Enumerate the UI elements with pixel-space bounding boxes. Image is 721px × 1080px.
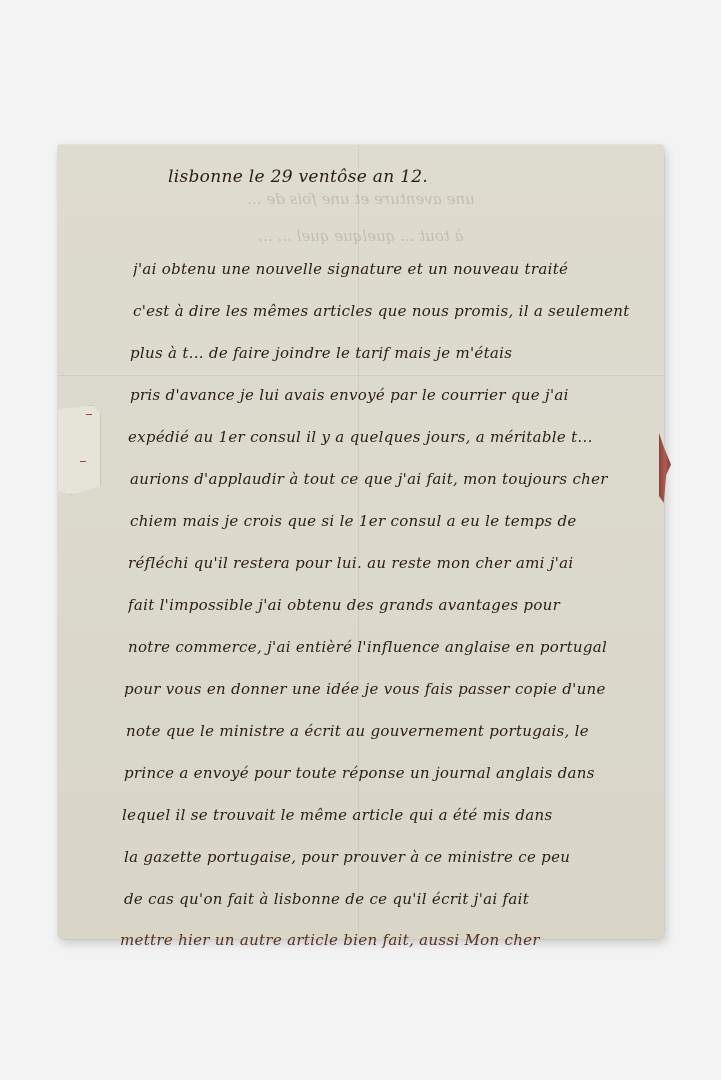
letter-sheet: une aventure et une fois de ... à tout .… (58, 145, 664, 939)
letter-line: chiem mais je crois que si le 1er consul… (130, 512, 644, 530)
letter-line: expédié au 1er consul il y a quelques jo… (128, 428, 644, 446)
letter-line: c'est à dire les mêmes articles que nous… (133, 302, 644, 320)
red-ink-mark (86, 414, 92, 415)
letter-header-date: lisbonne le 29 ventôse an 12. (168, 167, 644, 187)
letter-line: la gazette portugaise, pour prouver à ce… (124, 848, 644, 866)
letter-line: pris d'avance je lui avais envoyé par le… (130, 386, 644, 404)
wax-seal-fragment (659, 433, 671, 503)
letter-line: mettre hier un autre article bien fait, … (120, 931, 644, 949)
letter-line: lequel il se trouvait le même article qu… (122, 806, 644, 824)
letter-line: j'ai obtenu une nouvelle signature et un… (133, 260, 644, 278)
red-ink-mark (80, 461, 86, 462)
letter-line: réfléchi qu'il restera pour lui. au rest… (128, 554, 644, 572)
bleed-through-text: à tout ... quelque quel ... ... (58, 227, 664, 245)
letter-line: pour vous en donner une idée je vous fai… (124, 680, 644, 698)
letter-line: plus à t... de faire joindre le tarif ma… (130, 344, 644, 362)
horizontal-fold (58, 375, 664, 376)
letter-line: note que le ministre a écrit au gouverne… (126, 722, 644, 740)
letter-line: de cas qu'on fait à lisbonne de ce qu'il… (124, 890, 644, 908)
bleed-through-text: une aventure et une fois de ... (58, 190, 664, 208)
letter-line: aurions d'applaudir à tout ce que j'ai f… (130, 470, 644, 488)
paper-tab-fragment (58, 405, 101, 495)
letter-line: notre commerce, j'ai entièré l'influence… (128, 638, 644, 656)
letter-line: prince a envoyé pour toute réponse un jo… (124, 764, 644, 782)
letter-line: fait l'impossible j'ai obtenu des grands… (128, 596, 644, 614)
